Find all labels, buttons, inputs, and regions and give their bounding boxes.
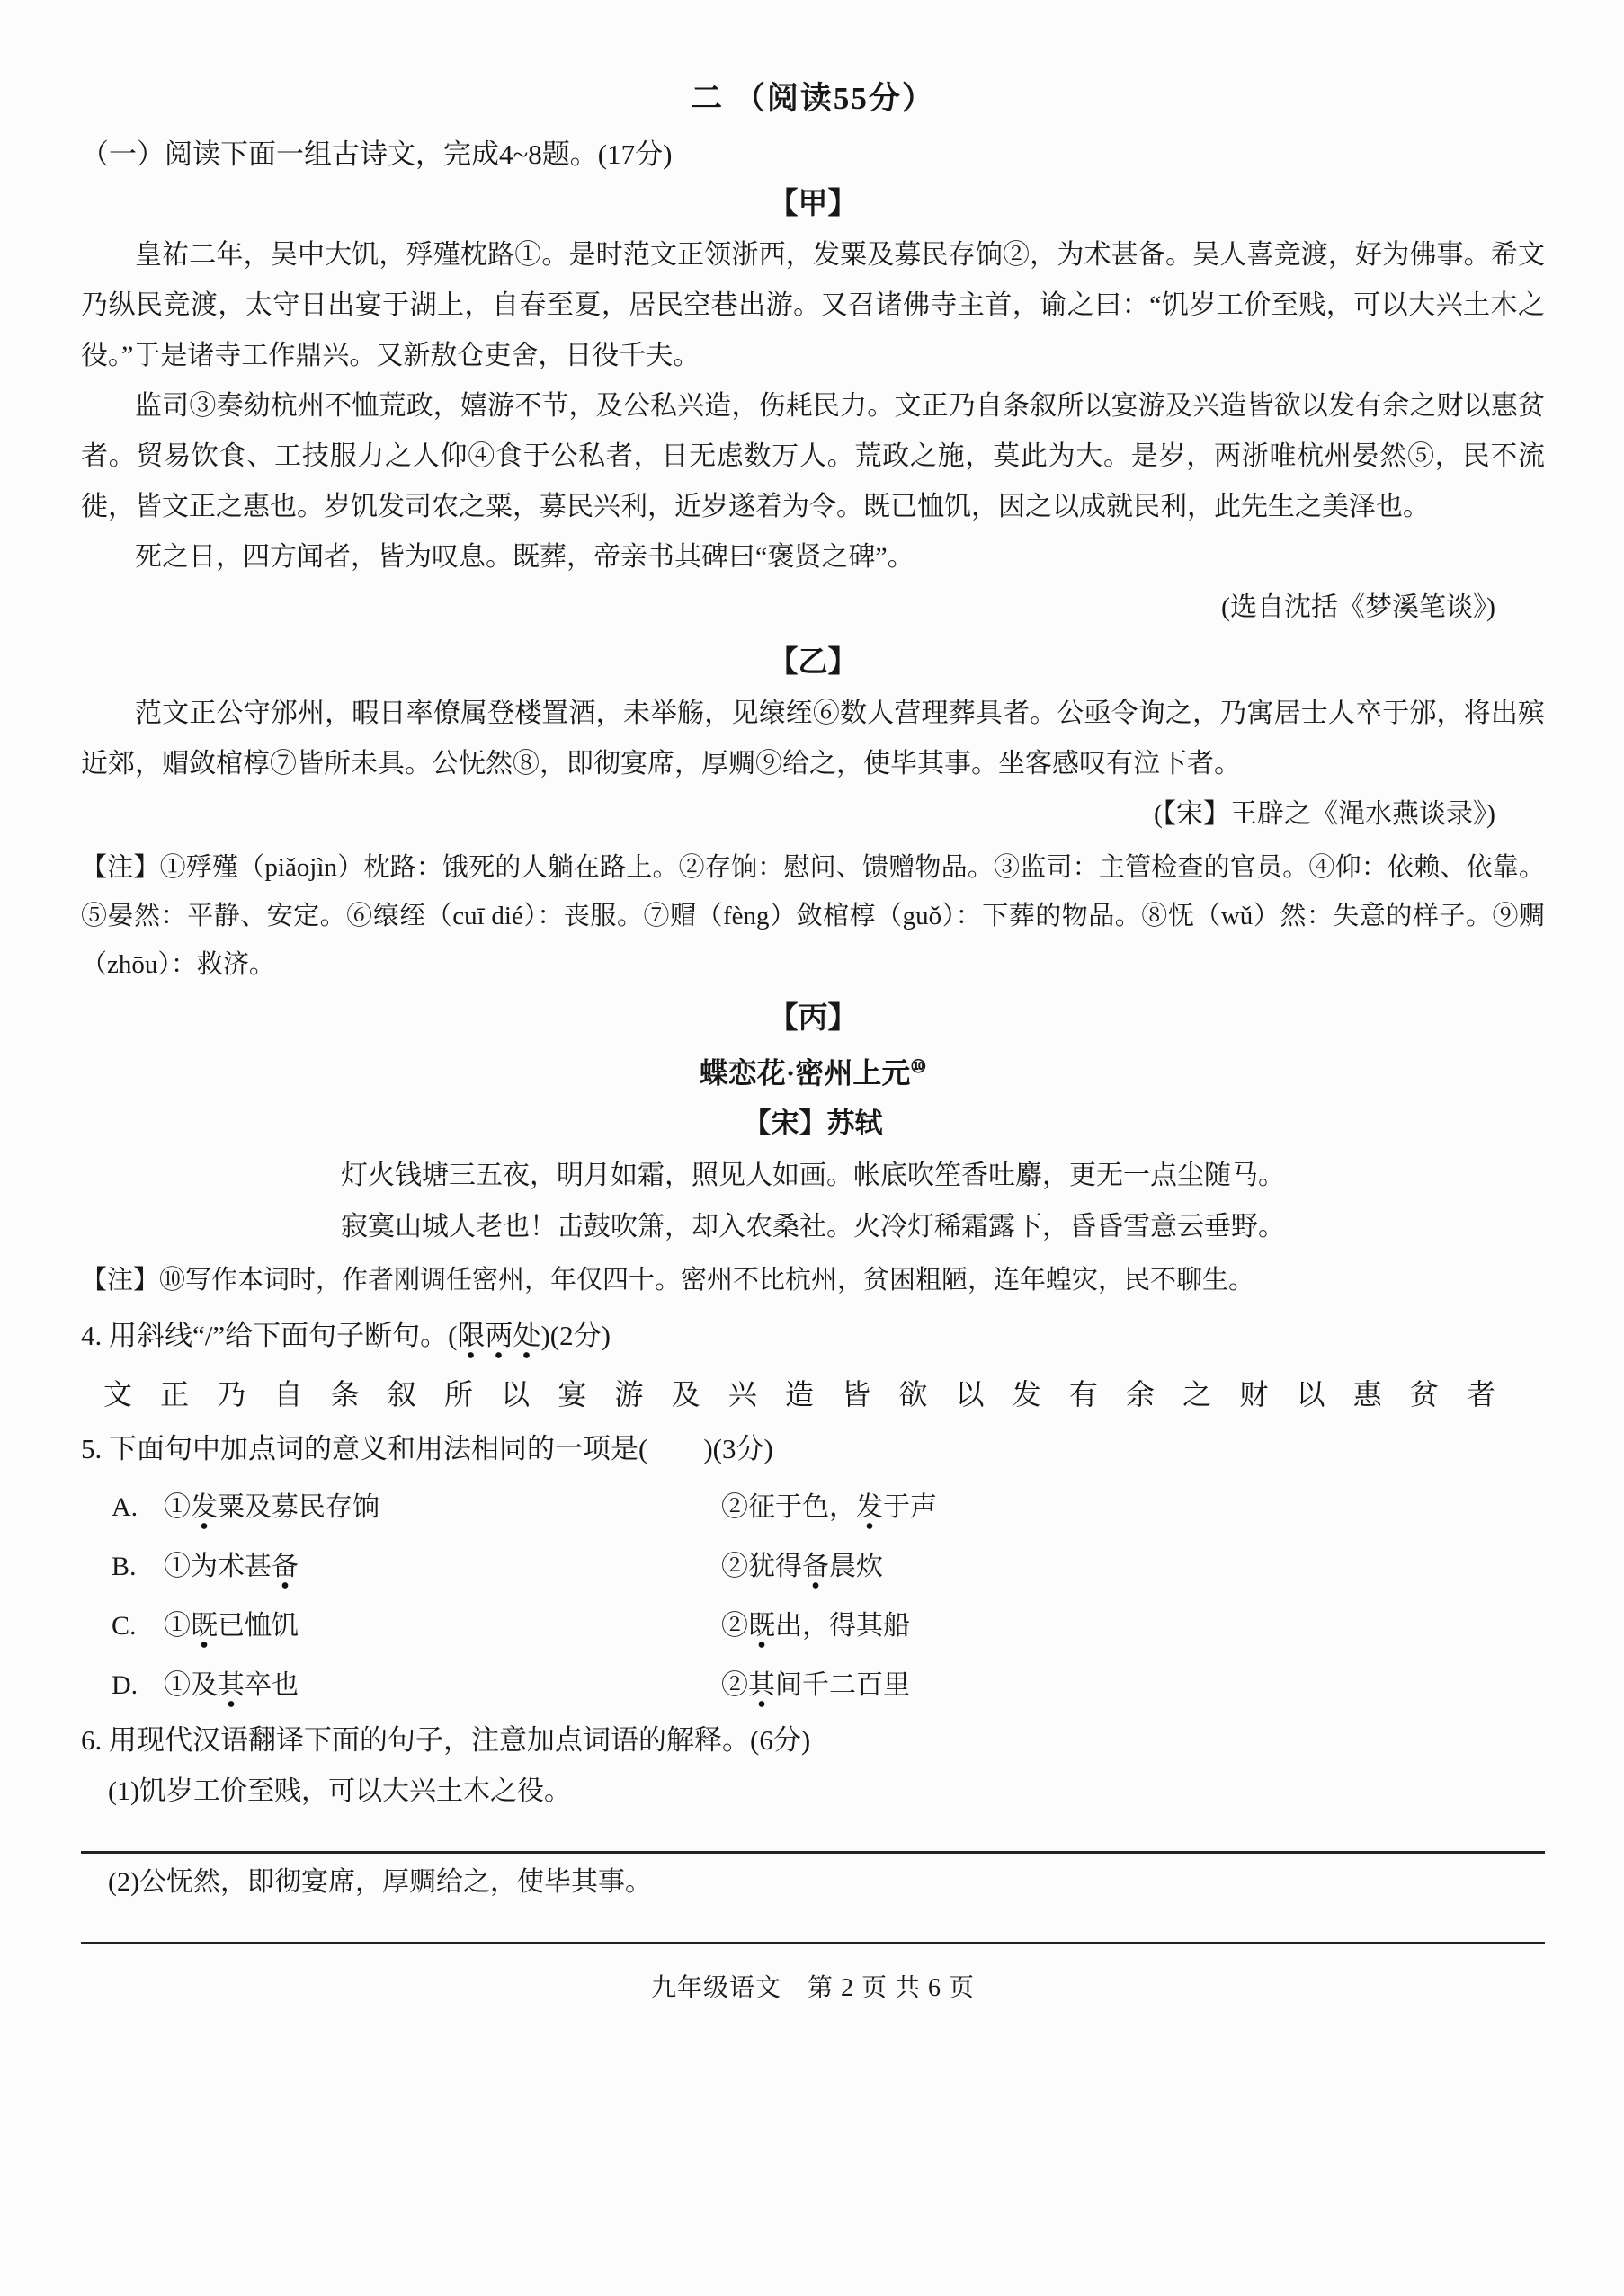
q5-c2-pre: ②	[721, 1611, 748, 1641]
q5-a2-post: 于声	[883, 1492, 937, 1522]
q5-d2-pre: ②	[721, 1670, 748, 1700]
answer-line-1	[81, 1851, 1545, 1854]
question-4-stem: 4. 用斜线“/”给下面句子断句。(限两处)(2分)	[81, 1313, 1545, 1358]
exam-page: 二 （阅读55分） （一）阅读下面一组古诗文，完成4~8题。(17分) 【甲】 …	[0, 0, 1624, 2296]
q5-c2-post: 出，得其船	[775, 1611, 910, 1641]
q5-a2-pre: ②征于色，	[721, 1492, 856, 1522]
q5-d1-post: 卒也	[245, 1670, 299, 1700]
passage-jia-paragraph-1: 皇祐二年，吴中大饥，殍殣枕路①。是时范文正领浙西，发粟及募民存饷②，为术甚备。吴…	[81, 230, 1545, 381]
q5-d1-dotted-char: 其	[218, 1670, 245, 1708]
q5-b1-pre: ①为术甚	[164, 1552, 272, 1581]
page-footer: 九年级语文 第 2 页 共 6 页	[81, 1971, 1545, 2006]
q6-item-2: (2)公怃然，即彻宴席，厚赒给之，使毕其事。	[108, 1861, 1545, 1904]
q6-item-1: (1)饥岁工价至贱，可以大兴土木之役。	[108, 1770, 1545, 1813]
part-heading: （一）阅读下面一组古诗文，完成4~8题。(17分)	[81, 135, 1545, 174]
passage-yi-source: (【宋】王辟之《渑水燕谈录》)	[81, 789, 1545, 840]
q5-option-b: B. ①为术甚备 ②犹得备晨炊	[112, 1544, 1545, 1590]
q4-stem-pre: 4. 用斜线“/”给下面句子断句。(	[81, 1320, 457, 1351]
q5-option-b-label: B.	[112, 1544, 164, 1590]
q5-option-d-label: D.	[112, 1662, 164, 1709]
passage-jia-source: (选自沈括《梦溪笔谈》)	[81, 583, 1545, 633]
q5-c1-post: 已恤饥	[218, 1611, 299, 1641]
q5-option-a-phrase-2: ②征于色，发于声	[721, 1484, 1545, 1531]
answer-line-2	[81, 1942, 1545, 1944]
poem-title: 蝶恋花·密州上元⑩	[81, 1045, 1545, 1096]
passage-yi-paragraph: 范文正公守邠州，暇日率僚属登楼置酒，未举觞，见缞绖⑥数人营理葬具者。公亟令询之，…	[81, 689, 1545, 789]
q5-a2-dotted-char: 发	[856, 1492, 883, 1530]
poem-line-2: 寂寞山城人老也！击鼓吹箫，却入农桑社。火冷灯稀霜露下，昏昏雪意云垂野。	[81, 1201, 1545, 1252]
q5-a1-dotted-char: 发	[191, 1492, 218, 1530]
notes-bing: 【注】⑩写作本词时，作者刚调任密州，年仅四十。密州不比杭州，贫困粗陋，连年蝗灾，…	[81, 1256, 1545, 1304]
q5-option-a-phrase-1: ①发粟及募民存饷	[164, 1484, 721, 1531]
passage-jia-label: 【甲】	[81, 183, 1545, 225]
q5-a1-post: 粟及募民存饷	[218, 1492, 379, 1522]
q4-sentence-to-punctuate: 文 正 乃 自 条 叙 所 以 宴 游 及 兴 造 皆 欲 以 发 有 余 之 …	[103, 1371, 1495, 1418]
q5-option-c-label: C.	[112, 1603, 164, 1650]
poem-title-text: 蝶恋花·密州上元	[700, 1057, 911, 1090]
q5-option-a: A. ①发粟及募民存饷 ②征于色，发于声	[112, 1484, 1545, 1531]
q4-stem-post: )(2分)	[540, 1320, 610, 1351]
q5-option-c-phrase-1: ①既已恤饥	[164, 1603, 721, 1650]
exam-content: 二 （阅读55分） （一）阅读下面一组古诗文，完成4~8题。(17分) 【甲】 …	[81, 77, 1545, 2006]
q5-b2-post: 晨炊	[829, 1552, 883, 1581]
q5-b1-dotted-char: 备	[272, 1552, 299, 1589]
passage-bing-label: 【丙】	[81, 998, 1545, 1039]
q4-dotted-words: 限两处	[457, 1320, 540, 1359]
q5-option-a-label: A.	[112, 1484, 164, 1531]
q5-option-c-phrase-2: ②既出，得其船	[721, 1603, 1545, 1650]
q5-c1-pre: ①	[164, 1611, 191, 1641]
question-6-stem: 6. 用现代汉语翻译下面的句子，注意加点词语的解释。(6分)	[81, 1718, 1545, 1763]
q5-d2-dotted-char: 其	[748, 1670, 775, 1708]
q5-b2-dotted-char: 备	[802, 1552, 829, 1589]
q5-option-c: C. ①既已恤饥 ②既出，得其船	[112, 1603, 1545, 1650]
notes-jia-yi: 【注】①殍殣（piǎojìn）枕路：饿死的人躺在路上。②存饷：慰问、馈赠物品。③…	[81, 843, 1545, 989]
poem-title-note-ref: ⑩	[910, 1057, 926, 1077]
q5-b2-pre: ②犹得	[721, 1552, 802, 1581]
passage-jia-paragraph-3: 死之日，四方闻者，皆为叹息。既葬，帝亲书其碑曰“褒贤之碑”。	[81, 532, 1545, 583]
q5-option-b-phrase-2: ②犹得备晨炊	[721, 1544, 1545, 1590]
q5-option-b-phrase-1: ①为术甚备	[164, 1544, 721, 1590]
poem-line-1: 灯火钱塘三五夜，明月如霜，照见人如画。帐底吹笙香吐麝，更无一点尘随马。	[81, 1150, 1545, 1201]
q5-option-d-phrase-2: ②其间千二百里	[721, 1662, 1545, 1709]
passage-yi-label: 【乙】	[81, 642, 1545, 683]
q5-c2-dotted-char: 既	[748, 1611, 775, 1649]
q5-d1-pre: ①及	[164, 1670, 218, 1700]
q5-option-d: D. ①及其卒也 ②其间千二百里	[112, 1662, 1545, 1709]
q5-d2-post: 间千二百里	[775, 1670, 910, 1700]
poem-author: 【宋】苏轼	[81, 1103, 1545, 1144]
section-title: 二 （阅读55分）	[81, 77, 1545, 120]
q5-option-d-phrase-1: ①及其卒也	[164, 1662, 721, 1709]
question-5-stem: 5. 下面句中加点词的意义和用法相同的一项是( )(3分)	[81, 1427, 1545, 1472]
passage-jia-paragraph-2: 监司③奏劾杭州不恤荒政，嬉游不节，及公私兴造，伤耗民力。文正乃自条叙所以宴游及兴…	[81, 381, 1545, 532]
q5-a1-pre: ①	[164, 1492, 191, 1522]
q5-c1-dotted-char: 既	[191, 1611, 218, 1649]
